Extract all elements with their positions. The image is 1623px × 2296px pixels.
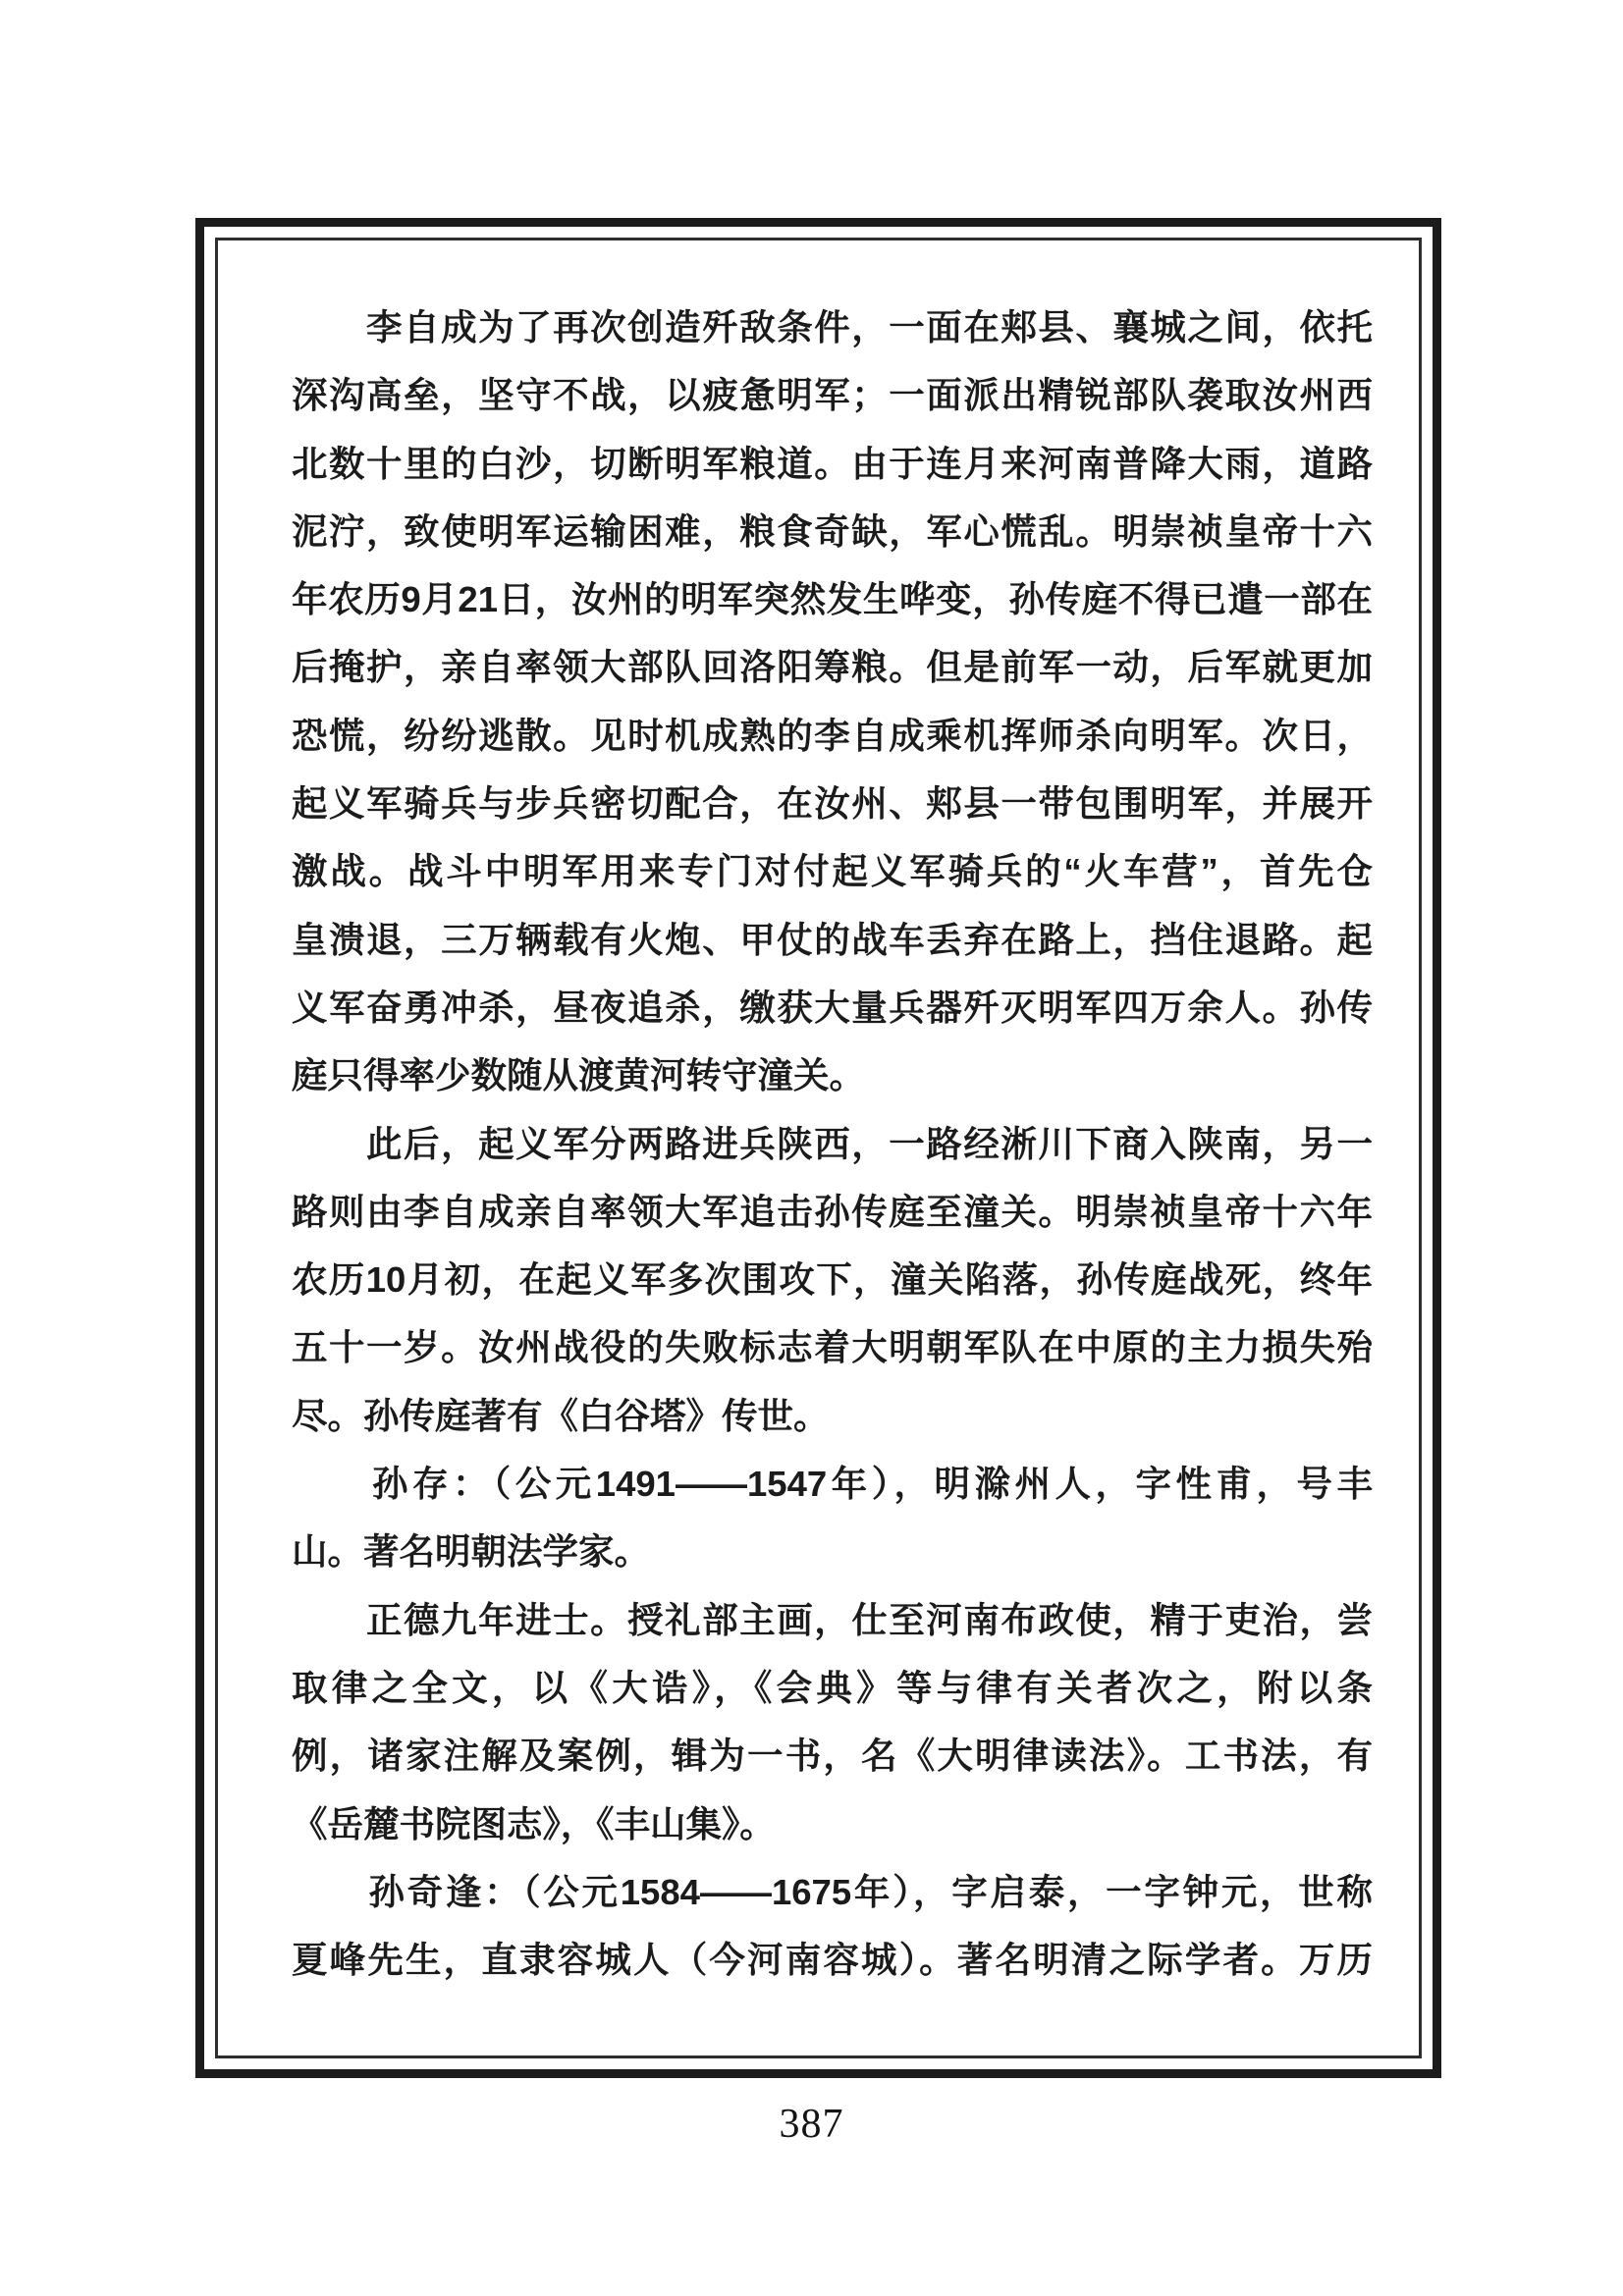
text-line: 泥泞，致使明军运输困难，粮食奇缺，军心慌乱。明崇祯皇帝十六: [292, 498, 1373, 565]
text-line: 北数十里的白沙，切断明军粮道。由于连月来河南普降大雨，道路: [292, 430, 1373, 498]
text-line: 《岳麓书院图志》，《丰山集》。: [292, 1790, 1373, 1858]
text-line: 后掩护，亲自率领大部队回洛阳筹粮。但是前军一动，后军就更加: [292, 633, 1373, 701]
text-line: 深沟高垒，坚守不战，以疲惫明军；一面派出精锐部队袭取汝州西: [292, 361, 1373, 429]
text-line: 年农历9月21日，汝州的明军突然发生哗变，孙传庭不得已遣一部在: [292, 565, 1373, 633]
text-line: 激战。战斗中明军用来专门对付起义军骑兵的“火车营”，首先仓: [292, 837, 1373, 905]
paragraph: 正德九年进士。授礼部主画，仕至河南布政使，精于吏治，尝取律之全文，以《大诰》，《…: [292, 1586, 1373, 1858]
text-line: 取律之全文，以《大诰》，《会典》等与律有关者次之，附以条: [292, 1654, 1373, 1722]
text-line: 皇溃退，三万辆载有火炮、甲仗的战车丢弃在路上，挡住退路。起: [292, 906, 1373, 974]
text-line: 义军奋勇冲杀，昼夜追杀，缴获大量兵器歼灭明军四万余人。孙传: [292, 974, 1373, 1041]
text-line: 山。著名明朝法学家。: [292, 1518, 1373, 1585]
page-number: 387: [0, 2101, 1623, 2148]
text-line: 五十一岁。汝州战役的失败标志着大明朝军队在中原的主力损失殆: [292, 1313, 1373, 1381]
body-text: 李自成为了再次创造歼敌条件，一面在郏县、襄城之间，依托深沟高垒，坚守不战，以疲惫…: [292, 294, 1373, 1994]
text-line: 恐慌，纷纷逃散。见时机成熟的李自成乘机挥师杀向明军。次日，: [292, 702, 1373, 770]
text-line: 夏峰先生，直隶容城人（今河南容城）。著名明清之际学者。万历: [292, 1926, 1373, 1994]
text-line: 孙奇逢：（公元1584——1675年），字启泰，一字钟元，世称: [292, 1858, 1373, 1926]
paragraph: 此后，起义军分两路进兵陕西，一路经淅川下商入陕南，另一路则由李自成亲自率领大军追…: [292, 1110, 1373, 1450]
paragraph: 李自成为了再次创造歼敌条件，一面在郏县、襄城之间，依托深沟高垒，坚守不战，以疲惫…: [292, 294, 1373, 1110]
text-line: 李自成为了再次创造歼敌条件，一面在郏县、襄城之间，依托: [292, 294, 1373, 361]
text-line: 此后，起义军分两路进兵陕西，一路经淅川下商入陕南，另一: [292, 1110, 1373, 1178]
text-line: 起义军骑兵与步兵密切配合，在汝州、郏县一带包围明军，并展开: [292, 770, 1373, 837]
book-page: 李自成为了再次创造歼敌条件，一面在郏县、襄城之间，依托深沟高垒，坚守不战，以疲惫…: [0, 0, 1623, 2296]
text-line: 农历10月初，在起义军多次围攻下，潼关陷落，孙传庭战死，终年: [292, 1246, 1373, 1313]
text-line: 路则由李自成亲自率领大军追击孙传庭至潼关。明崇祯皇帝十六年: [292, 1178, 1373, 1246]
paragraph: 孙存：（公元1491——1547年），明滁州人，字性甫，号丰山。著名明朝法学家。: [292, 1450, 1373, 1586]
text-line: 孙存：（公元1491——1547年），明滁州人，字性甫，号丰: [292, 1450, 1373, 1518]
text-line: 例，诸家注解及案例，辑为一书，名《大明律读法》。工书法，有: [292, 1722, 1373, 1789]
paragraph: 孙奇逢：（公元1584——1675年），字启泰，一字钟元，世称夏峰先生，直隶容城…: [292, 1858, 1373, 1995]
text-line: 尽。孙传庭著有《白谷塔》传世。: [292, 1382, 1373, 1450]
text-line: 庭只得率少数随从渡黄河转守潼关。: [292, 1041, 1373, 1109]
text-line: 正德九年进士。授礼部主画，仕至河南布政使，精于吏治，尝: [292, 1586, 1373, 1654]
